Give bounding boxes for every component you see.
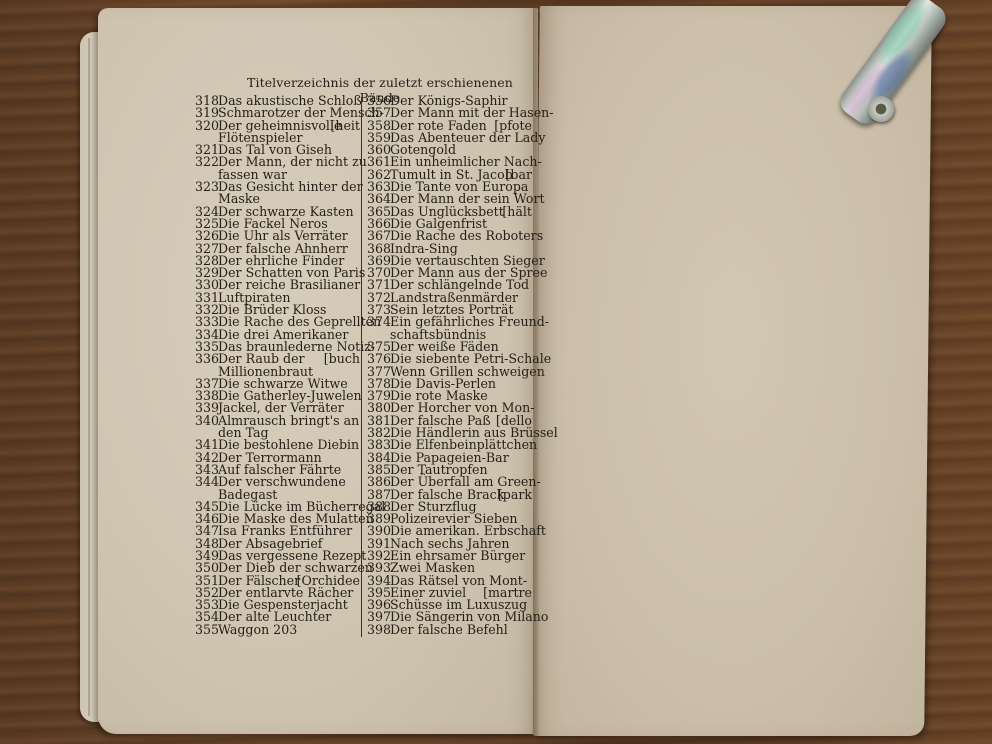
- entry-title: Waggon 203: [218, 622, 297, 637]
- entry-number: 320: [195, 120, 218, 132]
- entry-number: 340: [195, 415, 218, 427]
- index-entry: 374Ein gefährliches Freund-schaftsbündni…: [367, 316, 532, 341]
- entry-number: 323: [195, 181, 218, 193]
- entry-carryover: [hält: [502, 206, 532, 218]
- column-divider: [361, 97, 362, 637]
- index-entry: 323Das Gesicht hinter derMaske: [195, 181, 360, 206]
- entry-carryover: [buch: [324, 353, 360, 365]
- index-entry: 336Der Raub der[buchMillionenbraut: [195, 353, 360, 378]
- entry-number: 355: [195, 624, 218, 636]
- entry-number: 344: [195, 476, 218, 488]
- index-entry: 398Der falsche Befehl: [367, 624, 532, 636]
- index-entry: 340Almrausch bringt's anden Tag: [195, 415, 360, 440]
- index-column-left: 318Das akustische Schloß319Schmarotzer d…: [195, 95, 360, 636]
- index-entry: 320Der geheimnisvolle[heitFlötenspieler: [195, 120, 360, 145]
- index-entry: 344Der verschwundeneBadegast: [195, 476, 360, 501]
- index-entry: 355Waggon 203: [195, 624, 360, 636]
- index-entry: 322Der Mann, der nicht zufassen war: [195, 156, 360, 181]
- entry-number: 398: [367, 624, 390, 636]
- index-column-right: 356Der Königs-Saphir357Der Mann mit der …: [367, 95, 532, 636]
- entry-title: Der falsche Befehl: [390, 622, 508, 637]
- entry-number: 374: [367, 316, 390, 328]
- entry-carryover: [park: [498, 489, 532, 501]
- pen-end-cap: [868, 96, 894, 122]
- entry-number: 336: [195, 353, 218, 365]
- entry-carryover: [heit: [330, 120, 360, 132]
- entry-number: 322: [195, 156, 218, 168]
